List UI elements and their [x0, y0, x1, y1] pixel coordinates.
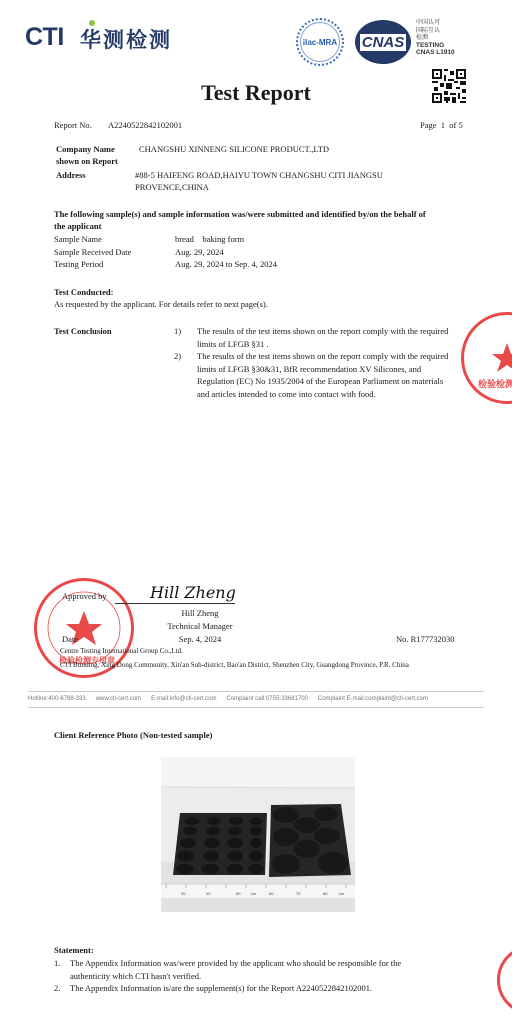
footer-email-link[interactable]: E-mail:info@cti-cert.com: [151, 696, 216, 702]
footer-complaint-email-link[interactable]: Complaint E-mail:complaint@cti-cert.com: [318, 696, 428, 702]
test-conducted-heading: Test Conducted:: [54, 286, 113, 298]
statement-item: 2. The Appendix Information is/are the s…: [54, 982, 474, 995]
statement-heading: Statement:: [54, 944, 94, 956]
test-conclusion-heading: Test Conclusion: [54, 325, 112, 337]
footer-divider: [28, 691, 484, 692]
conclusion-num: 2): [174, 350, 197, 400]
statement-num: 1.: [54, 957, 70, 982]
sample-row-value: Aug. 29, 2024 to Sep. 4, 2024: [175, 258, 277, 271]
statement-list: 1. The Appendix Information was/were pro…: [54, 957, 474, 995]
signature-line: [115, 603, 235, 604]
test-conducted-text: As requested by the applicant. For detai…: [54, 298, 268, 310]
date-label: Date: [62, 633, 78, 645]
company-name-label: Company Name: [56, 143, 115, 155]
address-line-2: PROVENCE,CHINA: [135, 181, 209, 193]
cnas-text-line: 中国认可: [416, 19, 455, 27]
sample-photo: 304050cm607080cm: [161, 757, 355, 912]
cnas-label: CNAS: [360, 34, 407, 51]
svg-text:70: 70: [296, 891, 301, 896]
svg-text:30: 30: [181, 891, 186, 896]
conclusion-line: The results of the test items shown on t…: [197, 350, 448, 363]
sample-row-value: bread baking form: [175, 233, 244, 246]
svg-text:40: 40: [206, 891, 211, 896]
cnas-logo-icon: CNAS: [355, 20, 411, 64]
approver-role: Technical Manager: [150, 620, 250, 632]
statement-line: The Appendix Information is/are the supp…: [70, 982, 372, 995]
sample-intro-line: The following sample(s) and sample infor…: [54, 208, 426, 220]
conclusion-line: limits of LFGB §30&31, BfR recommendatio…: [197, 363, 448, 376]
sample-row-label: Sample Received Date: [54, 246, 175, 259]
company-name-label-2: shown on Report: [56, 155, 118, 167]
conclusion-num: 1): [174, 325, 197, 350]
company-seal-stamp-icon: 检验检测: [461, 312, 512, 404]
sample-row-value: Aug. 29, 2024: [175, 246, 224, 259]
company-name: CHANGSHU XINNENG SILICONE PRODUCT.,LTD: [139, 143, 329, 155]
svg-text:50: 50: [236, 891, 241, 896]
svg-text:60: 60: [269, 891, 274, 896]
address-line-1: #88-5 HAIFENG ROAD,HAIYU TOWN CHANGSHU C…: [135, 169, 383, 181]
conclusion-line: limits of LFGB §31 .: [197, 338, 448, 351]
company-address: CTI Building, Xing Dong Community, Xin'a…: [60, 661, 409, 669]
footer-website-link[interactable]: www.cti-cert.com: [96, 696, 141, 702]
cnas-accreditation-text: 中国认可 国际互认 检测 TESTING CNAS L1910: [416, 19, 455, 57]
footer-divider: [28, 707, 484, 708]
address-label: Address: [56, 169, 86, 181]
cnas-text-line: 国际互认: [416, 27, 455, 35]
ilac-label: ilac-MRA: [303, 38, 337, 47]
page-indicator: Page 1 of 5: [420, 119, 463, 131]
sample-info-table: Sample Name bread baking form Sample Rec…: [54, 233, 474, 271]
cnas-text-line: 检测: [416, 34, 455, 42]
cnas-number: CNAS L1910: [416, 49, 455, 57]
logo-chinese-text: 华测检测: [80, 24, 172, 54]
page-title: Test Report: [0, 80, 512, 106]
statement-line: authenticity which CTI hasn't verified.: [70, 970, 401, 983]
sample-row-label: Testing Period: [54, 258, 175, 271]
baking-mold-photo-icon: 304050cm607080cm: [161, 757, 355, 912]
sample-intro: The following sample(s) and sample infor…: [54, 208, 426, 232]
certificate-number: No. R177732030: [396, 633, 455, 645]
signature: Hill Zheng: [150, 583, 236, 602]
ilac-mra-logo-icon: ilac-MRA: [296, 18, 344, 66]
footer-contacts: Hotline:400-6788-333 www.cti-cert.com E-…: [28, 696, 488, 702]
photo-heading: Client Reference Photo (Non-tested sampl…: [54, 729, 212, 741]
conclusion-line: and articles intended to come into conta…: [197, 388, 448, 401]
sample-row: Sample Name bread baking form: [54, 233, 474, 246]
sample-row: Testing Period Aug. 29, 2024 to Sep. 4, …: [54, 258, 474, 271]
sample-row: Sample Received Date Aug. 29, 2024: [54, 246, 474, 259]
footer-complaint-call: Complaint call:0755-33681700: [227, 696, 308, 702]
report-no-label: Report No.: [54, 119, 92, 131]
approval-date: Sep. 4, 2024: [150, 633, 250, 645]
conclusion-line: Regulation (EC) No 1935/2004 of the Euro…: [197, 375, 448, 388]
conclusion-item: 2) The results of the test items shown o…: [174, 350, 474, 400]
cnas-testing-label: TESTING: [416, 42, 455, 50]
cti-logo: CTI: [25, 23, 64, 52]
footer-hotline: Hotline:400-6788-333: [28, 696, 86, 702]
company-line: Centre Testing International Group Co.,L…: [60, 647, 183, 655]
svg-text:80: 80: [323, 891, 328, 896]
logo-brand-text: CTI: [25, 23, 64, 51]
approved-by-label: Approved by: [62, 590, 107, 602]
report-no: A2240522842102001: [108, 119, 182, 131]
svg-text:检验检测: 检验检测: [478, 378, 512, 390]
sample-intro-line: the applicant: [54, 220, 426, 232]
conclusion-list: 1) The results of the test items shown o…: [174, 325, 474, 401]
conclusion-item: 1) The results of the test items shown o…: [174, 325, 474, 350]
svg-text:cm: cm: [251, 891, 257, 896]
statement-num: 2.: [54, 982, 70, 995]
approver-name: Hill Zheng: [150, 607, 250, 619]
statement-line: The Appendix Information was/were provid…: [70, 957, 401, 970]
partial-seal-stamp-icon: [497, 945, 512, 1015]
conclusion-line: The results of the test items shown on t…: [197, 325, 448, 338]
sample-row-label: Sample Name: [54, 233, 175, 246]
svg-text:cm: cm: [339, 891, 345, 896]
statement-item: 1. The Appendix Information was/were pro…: [54, 957, 474, 982]
